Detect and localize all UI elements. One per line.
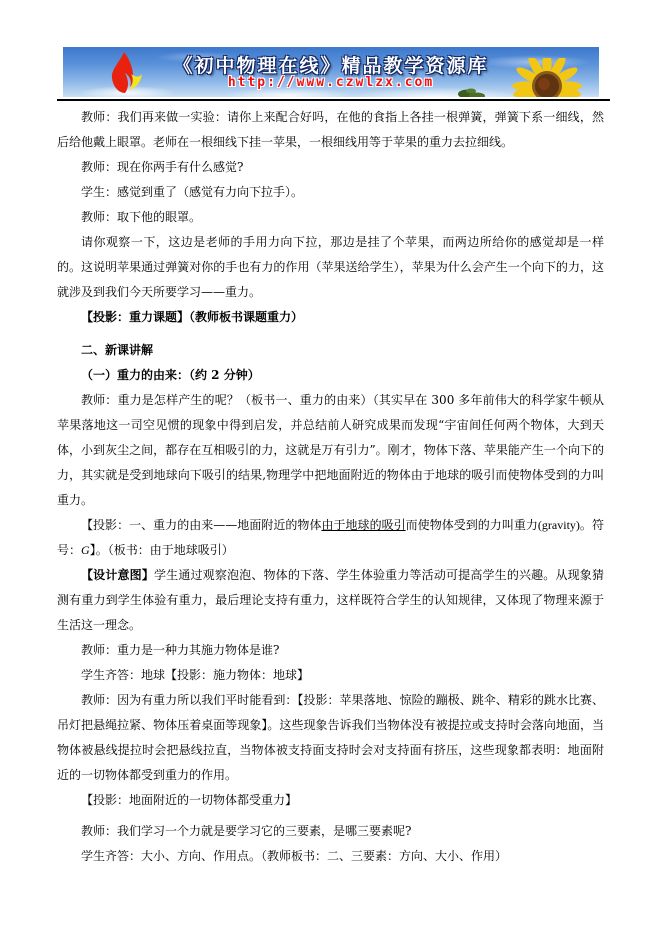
sunflower-icon: [497, 58, 597, 97]
paragraph-projection-definition: 【投影：一、重力的由来——地面附近的物体由于地球的吸引而使物体受到的力叫重力(g…: [57, 513, 604, 563]
heading-text: （一）重力的由来：（约 2 分钟）: [81, 368, 260, 382]
document-page: 《初中物理在线》精品教学资源库 http://www.czwlzx.com: [0, 0, 661, 935]
paragraph-dialog-student-3: 学生齐答：大小、方向、作用点。（教师板书：二、三要素：方向、大小、作用）: [57, 844, 604, 869]
leaf-icon: [457, 85, 491, 97]
paragraph-text: 教师：重力是怎样产生的呢？（板书一、重力的由来）（其实早在 300 多年前伟大的…: [57, 393, 604, 507]
heading-text: 二、新课讲解: [81, 343, 153, 357]
paragraph-gravity-origin: 教师：重力是怎样产生的呢？（板书一、重力的由来）（其实早在 300 多年前伟大的…: [57, 388, 604, 513]
paragraph-phenomena: 教师：因为有重力所以我们平时能看到：【投影：苹果落地、惊险的蹦极、跳伞、精彩的跳…: [57, 688, 604, 788]
document-body: 教师：我们再来做一实验：请你上来配合好吗，在他的食指上各挂一根弹簧，弹簧下系一细…: [57, 101, 604, 869]
paragraph-projection-all-objects: 【投影：地面附近的一切物体都受重力】: [57, 788, 604, 813]
paragraph-text: 请你观察一下，这边是老师的手用力向下拉，那边是挂了个苹果，而两边所给你的感觉却是…: [57, 235, 604, 299]
heading-text: 【投影：重力课题】（教师板书课题重力）: [81, 310, 303, 324]
paragraph-design-intent: 【设计意图】学生通过观察泡泡、物体的下落、学生体验重力等活动可提高学生的兴趣。从…: [57, 563, 604, 638]
paragraph-dialog-teacher-1: 教师：我们再来做一实验：请你上来配合好吗，在他的食指上各挂一根弹簧，弹簧下系一细…: [57, 105, 604, 155]
paragraph-dialog-teacher-4: 教师：重力是一种力其施力物体是谁?: [57, 638, 604, 663]
paragraph-dialog-student-1: 学生：感觉到重了（感觉有力向下拉手）。: [57, 180, 604, 205]
paragraph-text: 教师：重力是一种力其施力物体是谁?: [81, 643, 279, 657]
paragraph-text: 而使物体受到的力叫重力: [406, 518, 538, 532]
symbol-G: G: [81, 543, 90, 557]
paragraph-text: 学生：感觉到重了（感觉有力向下拉手）。: [81, 185, 303, 199]
paragraph-text: 教师：现在你两手有什么感觉?: [81, 160, 243, 174]
paragraph-text: 】。（板书：由于地球吸引）: [90, 543, 234, 557]
heading-subsection-gravity-origin: （一）重力的由来：（约 2 分钟）: [57, 363, 604, 388]
underlined-text: 由于地球的吸引: [321, 518, 405, 532]
site-banner: 《初中物理在线》精品教学资源库 http://www.czwlzx.com: [63, 47, 599, 97]
paragraph-text: 教师：因为有重力所以我们平时能看到：【投影：苹果落地、惊险的蹦极、跳伞、精彩的跳…: [57, 693, 604, 782]
paragraph-dialog-teacher-2: 教师：现在你两手有什么感觉?: [57, 155, 604, 180]
paragraph-text: 教师：取下他的眼罩。: [81, 210, 201, 224]
paragraph-text: 教师：我们再来做一实验：请你上来配合好吗，在他的食指上各挂一根弹簧，弹簧下系一细…: [57, 110, 604, 149]
paragraph-dialog-teacher-3: 教师：取下他的眼罩。: [57, 205, 604, 230]
latin-term: (gravity): [538, 518, 580, 532]
paragraph-dialog-student-2: 学生齐答：地球【投影：施力物体：地球】: [57, 663, 604, 688]
design-intent-label: 【设计意图】: [81, 568, 154, 582]
paragraph-text: 教师：我们学习一个力就是要学习它的三要素，是哪三要素呢?: [81, 824, 411, 838]
paragraph-text: 学生齐答：大小、方向、作用点。（教师板书：二、三要素：方向、大小、作用）: [81, 849, 507, 863]
paragraph-observation: 请你观察一下，这边是老师的手用力向下拉，那边是挂了个苹果，而两边所给你的感觉却是…: [57, 230, 604, 305]
paragraph-dialog-teacher-5: 教师：我们学习一个力就是要学习它的三要素，是哪三要素呢?: [57, 819, 604, 844]
paragraph-text: 【投影：地面附近的一切物体都受重力】: [81, 793, 297, 807]
heading-section-2: 二、新课讲解: [57, 338, 604, 363]
paragraph-text: 学生齐答：地球【投影：施力物体：地球】: [81, 668, 309, 682]
paragraph-text: 【投影：一、重力的由来——地面附近的物体: [81, 518, 321, 532]
heading-projection-topic: 【投影：重力课题】（教师板书课题重力）: [57, 305, 604, 330]
